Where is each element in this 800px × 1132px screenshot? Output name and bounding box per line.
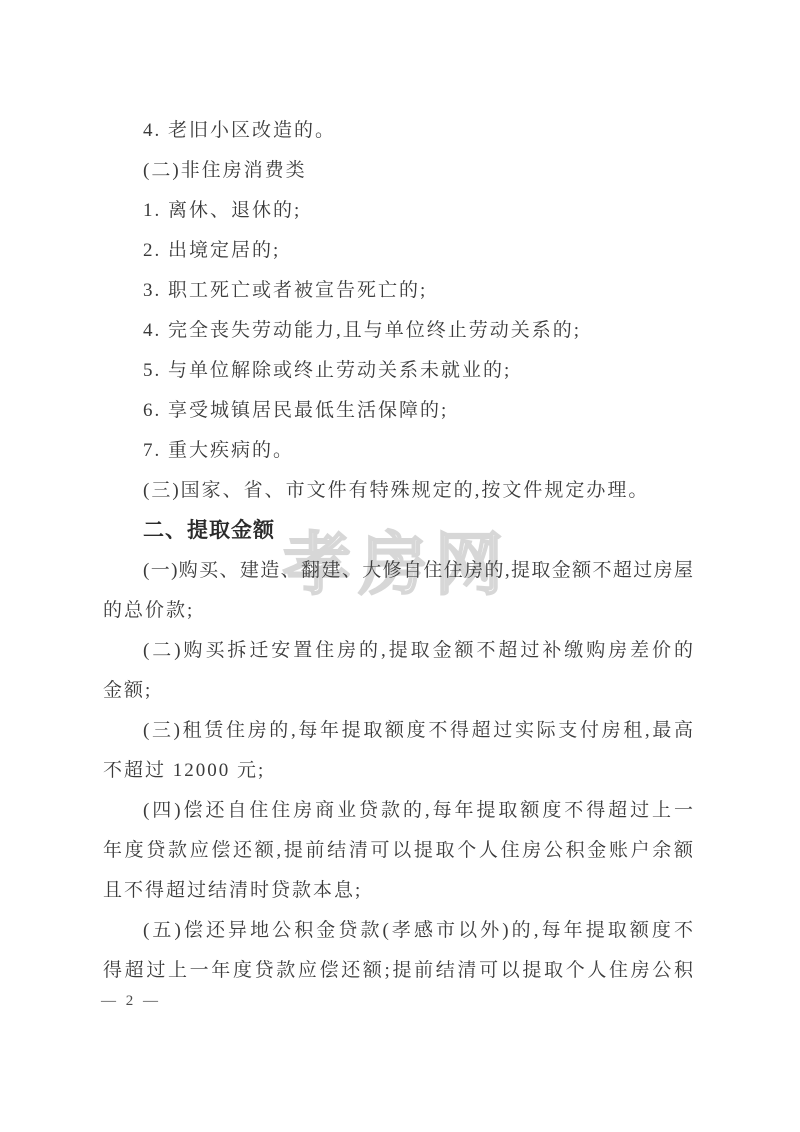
- text-line: (五)偿还异地公积金贷款(孝感市以外)的,每年提取额度不: [103, 911, 693, 951]
- text-line: 3. 职工死亡或者被宣告死亡的;: [103, 271, 693, 311]
- document-page: 孝房网 4. 老旧小区改造的。(二)非住房消费类1. 离休、退休的;2. 出境定…: [0, 0, 800, 1132]
- text-line: 7. 重大疾病的。: [103, 431, 693, 471]
- text-line: 且不得超过结清时贷款本息;: [103, 871, 693, 911]
- page-number: — 2 —: [101, 987, 161, 1015]
- text-line: (三)租赁住房的,每年提取额度不得超过实际支付房租,最高: [103, 711, 693, 751]
- text-line: (三)国家、省、市文件有特殊规定的,按文件规定办理。: [103, 471, 693, 511]
- text-line: 6. 享受城镇居民最低生活保障的;: [103, 391, 693, 431]
- text-line: 4. 完全丧失劳动能力,且与单位终止劳动关系的;: [103, 311, 693, 351]
- text-line: (一)购买、建造、翻建、大修自住住房的,提取金额不超过房屋: [103, 551, 693, 591]
- text-line: 年度贷款应偿还额,提前结清可以提取个人住房公积金账户余额: [103, 831, 693, 871]
- text-line: (二)购买拆迁安置住房的,提取金额不超过补缴购房差价的: [103, 631, 693, 671]
- text-line: 的总价款;: [103, 591, 693, 631]
- text-line: 金额;: [103, 671, 693, 711]
- text-line: 4. 老旧小区改造的。: [103, 111, 693, 151]
- text-line: (四)偿还自住住房商业贷款的,每年提取额度不得超过上一: [103, 791, 693, 831]
- text-line: 2. 出境定居的;: [103, 231, 693, 271]
- text-line: 5. 与单位解除或终止劳动关系未就业的;: [103, 351, 693, 391]
- text-line: 得超过上一年度贷款应偿还额;提前结清可以提取个人住房公积: [103, 951, 693, 991]
- section-heading: 二、提取金额: [103, 511, 693, 551]
- text-block: 4. 老旧小区改造的。(二)非住房消费类1. 离休、退休的;2. 出境定居的;3…: [103, 111, 693, 991]
- text-line: 1. 离休、退休的;: [103, 191, 693, 231]
- text-line: 不超过 12000 元;: [103, 751, 693, 791]
- text-line: (二)非住房消费类: [103, 151, 693, 191]
